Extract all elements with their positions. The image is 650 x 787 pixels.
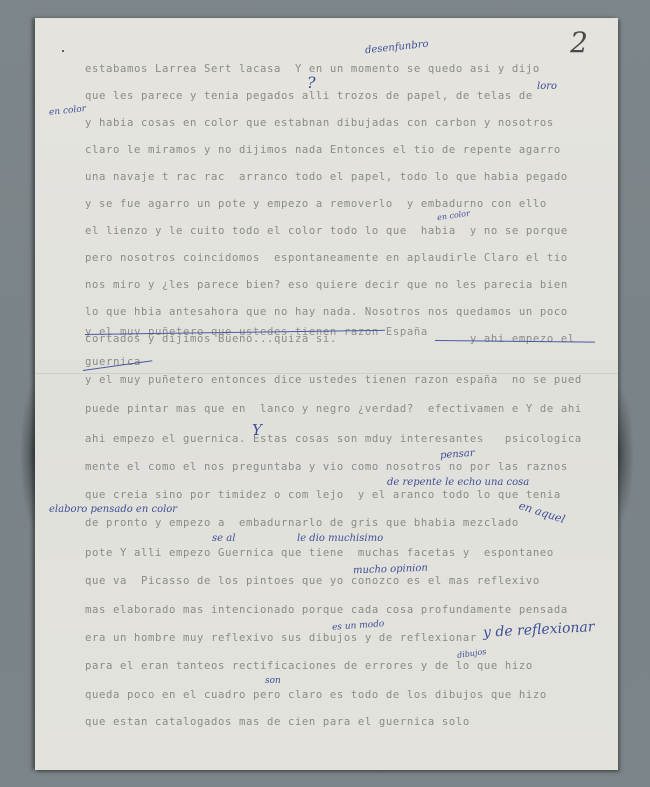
handwritten-annotation: desenfunbro	[365, 39, 429, 57]
handwritten-annotation: y de reflexionar	[483, 619, 595, 641]
handwritten-annotation: en color	[49, 104, 87, 118]
typed-line: mente el como el nos preguntaba y vio co…	[85, 461, 568, 473]
typed-line: de pronto y empezo a embadurnarlo de gri…	[85, 517, 519, 529]
typed-line: ahi empezo el guernica. Estas cosas son …	[85, 433, 582, 445]
typed-line: lo que hbia antesahora que no hay nada. …	[85, 306, 568, 318]
typed-line: una navaje t rac rac arranco todo el pap…	[85, 171, 568, 183]
typed-line: pero nosotros coincidomos espontaneament…	[85, 252, 568, 264]
typed-line: y el muy puñetero entonces dice ustedes …	[85, 374, 582, 386]
typed-line: puede pintar mas que en lanco y negro ¿v…	[85, 403, 582, 415]
handwritten-annotation: de repente le echo una cosa	[387, 477, 529, 488]
fold-shadow-right	[618, 385, 634, 525]
handwritten-annotation: son	[265, 676, 281, 686]
handwritten-annotation: elaboro pensado en color	[49, 504, 177, 515]
fold-shadow-left	[20, 380, 35, 530]
handwritten-annotation: es un modo	[332, 619, 385, 633]
typed-line: nos miro y ¿les parece bien? eso quiere …	[85, 279, 568, 291]
typed-line: era un hombre muy reflexivo sus dibujos …	[85, 632, 477, 644]
typed-line: que va Picasso de los pintoes que yo con…	[85, 575, 540, 587]
page-number: 2	[570, 26, 588, 59]
ink-speck	[62, 50, 64, 52]
handwritten-annotation: en color	[437, 209, 471, 222]
typed-line: y habia cosas en color que estabnan dibu…	[85, 117, 554, 129]
typed-line: claro le miramos y no dijimos nada Enton…	[85, 144, 561, 156]
typed-line: el lienzo y le cuito todo el color todo …	[85, 225, 568, 237]
typed-line: pote Y alli empezo Guernica que tiene mu…	[85, 547, 554, 559]
handwritten-annotation: se al	[212, 533, 235, 544]
handwritten-annotation: en aquel	[517, 499, 566, 526]
handwritten-annotation: pensar	[440, 448, 475, 461]
typed-line: que creia sino por timidez o com lejo y …	[85, 489, 561, 501]
typewritten-page: 2 estabamos Larrea Sert lacasa Y en un m…	[35, 18, 618, 770]
handwritten-annotation: le dio muchisimo	[297, 533, 383, 544]
handwritten-annotation: ?	[307, 73, 316, 92]
typed-line: mas elaborado mas intencionado porque ca…	[85, 604, 568, 616]
typed-line: para el eran tanteos rectificaciones de …	[85, 660, 533, 672]
typed-line: y se fue agarro un pote y empezo a remov…	[85, 198, 547, 210]
handwritten-annotation: dibujos	[457, 647, 487, 660]
typed-line: queda poco en el cuadro pero claro es to…	[85, 689, 547, 701]
typed-line: que estan catalogados mas de cien para e…	[85, 716, 470, 728]
handwritten-annotation: loro	[537, 81, 557, 92]
handwritten-annotation: Y	[252, 421, 262, 439]
